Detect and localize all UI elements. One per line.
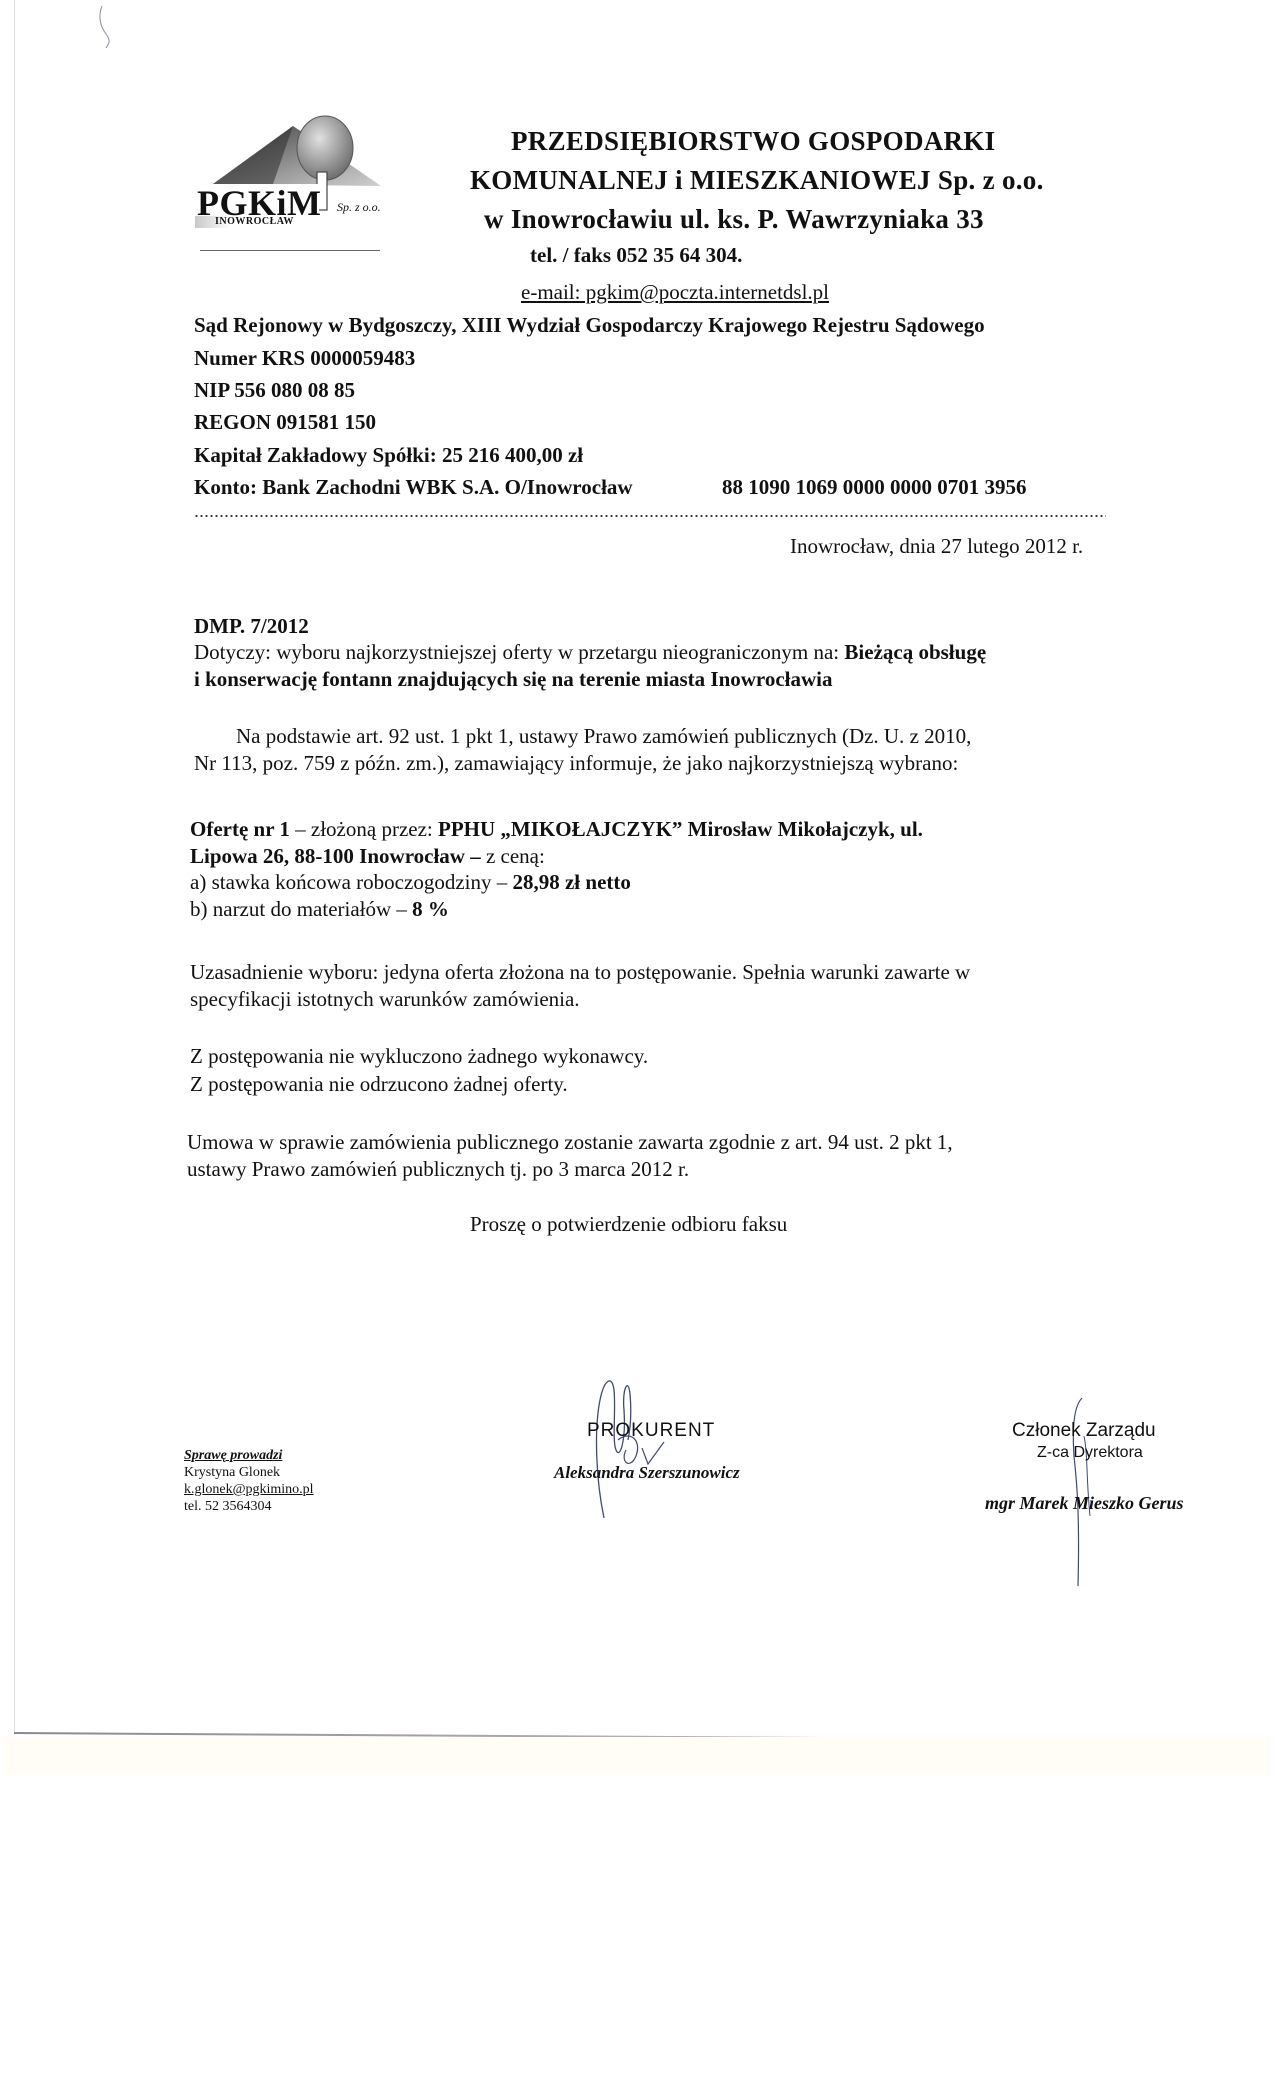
dotted-separator: [194, 515, 1106, 517]
board-member-title: Członek Zarządu: [1012, 1420, 1156, 1442]
company-name-line1: PRZEDSIĘBIORSTWO GOSPODARKI: [511, 126, 995, 157]
board-member-subtitle: Z-ca Dyrektora: [1037, 1444, 1143, 1462]
offer-item-b: b) narzut do materiałów – 8 %: [190, 895, 449, 923]
bank-account-number: 88 1090 1069 0000 0000 0701 3956: [722, 475, 1027, 500]
company-logo: PGKiM INOWROCŁAW Sp. z o.o.: [193, 112, 423, 232]
exclusions-line1: Z postępowania nie wykluczono żadnego wy…: [190, 1042, 648, 1070]
offer-company-address: Lipowa 26, 88-100 Inowrocław –: [190, 844, 481, 868]
legal-basis-line2: Nr 113, poz. 759 z późn. zm.), zamawiają…: [194, 749, 958, 777]
prokurent-name: Aleksandra Szerszunowicz: [554, 1463, 740, 1483]
logo-legal-form: Sp. z o.o.: [337, 200, 381, 215]
offer-line2: Lipowa 26, 88-100 Inowrocław – z ceną:: [190, 842, 545, 870]
prokurent-title: PROKURENT: [587, 1420, 715, 1442]
subject-line1: Dotyczy: wyboru najkorzystniejszej ofert…: [194, 638, 986, 666]
offer-price-intro: z ceną:: [481, 844, 545, 868]
court-registration: Sąd Rejonowy w Bydgoszczy, XIII Wydział …: [194, 313, 985, 338]
offer-item-b-value: 8 %: [412, 897, 449, 921]
scan-bottom-strip: [4, 1737, 1269, 1775]
offer-label: Ofertę nr 1: [190, 817, 290, 841]
subject-title-part1: Bieżącą obsługę: [844, 640, 986, 664]
justification-line1: Uzasadnienie wyboru: jedyna oferta złożo…: [190, 958, 970, 986]
legal-basis-line1: Na podstawie art. 92 ust. 1 pkt 1, ustaw…: [236, 722, 971, 750]
subject-title-part2: i konserwację fontann znajdujących się n…: [194, 665, 833, 693]
offer-item-a: a) stawka końcowa roboczogodziny – 28,98…: [190, 868, 631, 896]
case-handler-contact: Sprawę prowadzi Krystyna Glonek k.glonek…: [184, 1447, 314, 1515]
case-handler-label: Sprawę prowadzi: [184, 1447, 314, 1464]
company-name-line2: KOMUNALNEJ i MIESZKANIOWEJ Sp. z o.o.: [470, 165, 1044, 196]
case-handler-email-link[interactable]: k.glonek@pgkimino.pl: [184, 1481, 314, 1498]
krs-number: Numer KRS 0000059483: [194, 346, 415, 371]
company-phone-fax: tel. / faks 052 35 64 304.: [530, 243, 742, 268]
justification-line2: specyfikacji istotnych warunków zamówien…: [190, 985, 580, 1013]
offer-submitted-by: – złożoną przez:: [290, 817, 438, 841]
offer-company: PPHU „MIKOŁAJCZYK” Mirosław Mikołajczyk,…: [438, 817, 923, 841]
nip-number: NIP 556 080 08 85: [194, 378, 355, 403]
reference-number: DMP. 7/2012: [194, 612, 309, 640]
bank-name: Konto: Bank Zachodni WBK S.A. O/Inowrocł…: [194, 475, 633, 499]
offer-item-a-value: 28,98 zł netto: [512, 870, 630, 894]
logo-underline: [200, 250, 380, 251]
document-date: Inowrocław, dnia 27 lutego 2012 r.: [790, 534, 1083, 559]
company-address: w Inowrocławiu ul. ks. P. Wawrzyniaka 33: [484, 204, 984, 235]
offer-item-b-label: b) narzut do materiałów –: [190, 897, 412, 921]
subject-prefix: Dotyczy: wyboru najkorzystniejszej ofert…: [194, 640, 844, 664]
exclusions-line2: Z postępowania nie odrzucono żadnej ofer…: [190, 1070, 568, 1098]
case-handler-name: Krystyna Glonek: [184, 1464, 314, 1481]
regon-number: REGON 091581 150: [194, 410, 376, 435]
offer-item-a-label: a) stawka końcowa roboczogodziny –: [190, 870, 512, 894]
case-handler-phone: tel. 52 3564304: [184, 1498, 314, 1515]
contract-line2: ustawy Prawo zamówień publicznych tj. po…: [187, 1155, 689, 1183]
share-capital: Kapitał Zakładowy Spółki: 25 216 400,00 …: [194, 443, 583, 468]
board-member-name: mgr Marek Mieszko Gerus: [985, 1493, 1184, 1514]
bank-account-row: Konto: Bank Zachodni WBK S.A. O/Inowrocł…: [194, 475, 633, 500]
company-email-link[interactable]: e-mail: pgkim@poczta.internetdsl.pl: [521, 280, 829, 305]
contract-line1: Umowa w sprawie zamówienia publicznego z…: [187, 1128, 953, 1156]
fax-confirmation-request: Proszę o potwierdzenie odbioru faksu: [470, 1210, 787, 1238]
offer-line1: Ofertę nr 1 – złożoną przez: PPHU „MIKOŁ…: [190, 815, 923, 843]
logo-city: INOWROCŁAW: [215, 216, 294, 227]
